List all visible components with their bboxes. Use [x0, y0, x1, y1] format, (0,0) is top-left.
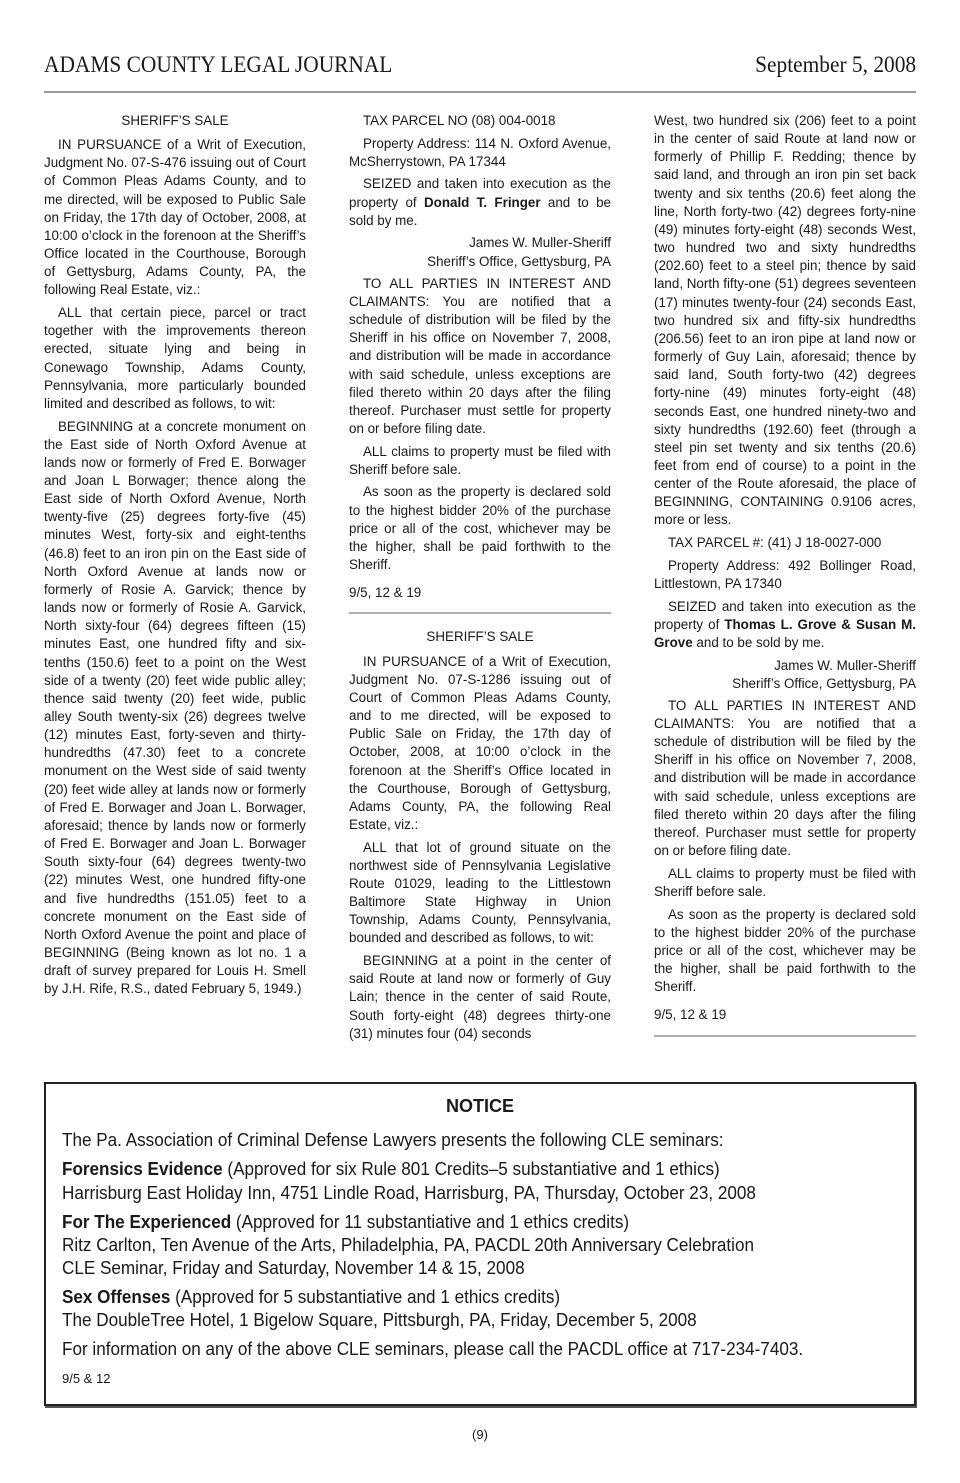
sale1-bidder: As soon as the property is declared sold… [349, 483, 611, 574]
sale2-intro: IN PURSUANCE of a Writ of Execu­tion, Ju… [349, 653, 611, 835]
notice-run-dates: 9/5 & 12 [62, 1371, 110, 1386]
seminar-approval: (Approved for six Rule 801 Credits–5 sub… [223, 1159, 720, 1179]
sale1-tax-parcel: TAX PARCEL NO (08) 004-0018 [349, 112, 611, 130]
sale2-beginning-continued: West, two hundred six (206) feet to a po… [654, 112, 916, 530]
seminar-experienced: For The Experienced (Approved for 11 sub… [62, 1212, 629, 1233]
seminar-name: Sex Offenses [62, 1287, 170, 1307]
seminar-name: For The Experienced [62, 1212, 231, 1232]
sheriff-name: James W. Muller-Sheriff [654, 657, 916, 675]
seminar-sex-offenses: Sex Offenses (Approved for 5 substantiat… [62, 1287, 560, 1308]
notice-contact: For information on any of the above CLE … [62, 1339, 803, 1360]
column-2: TAX PARCEL NO (08) 004-0018 Property Add… [349, 112, 611, 1047]
sheriff-name: James W. Muller-Sheriff [349, 234, 611, 252]
page-number: (9) [0, 1427, 960, 1442]
seminar-approval: (Approved for 11 substantiative and 1 et… [231, 1212, 629, 1232]
seminar-approval: (Approved for 5 substantiative and 1 eth… [170, 1287, 560, 1307]
seized-text-end: and to be sold by me. [693, 635, 825, 650]
sheriff-office: Sheriff’s Office, Gettysburg, PA [654, 675, 916, 693]
sale1-claims: ALL claims to property must be filed wit… [349, 443, 611, 479]
seminar-location: Ritz Carlton, Ten Avenue of the Arts, Ph… [62, 1235, 754, 1256]
header-divider [44, 91, 916, 93]
sale2-property-address: Property Address: 492 Bollinger Road, Li… [654, 557, 916, 593]
notice-intro: The Pa. Association of Criminal Defense … [62, 1130, 724, 1151]
seminar-location-continued: CLE Seminar, Friday and Saturday, Novemb… [62, 1258, 525, 1279]
sale1-property-address: Property Address: 114 N. Oxford Avenue, … [349, 135, 611, 171]
section-divider [654, 1035, 916, 1037]
seminar-location: The DoubleTree Hotel, 1 Bigelow Square, … [62, 1310, 697, 1331]
journal-title: ADAMS COUNTY LEGAL JOURNAL [44, 52, 392, 78]
section-divider [349, 612, 611, 614]
seminar-name: Forensics Evidence [62, 1159, 223, 1179]
property-owner: Donald T. Fringer [424, 195, 541, 210]
issue-date: September 5, 2008 [755, 52, 916, 78]
sale2-parties-notice: TO ALL PARTIES IN INTEREST AND CLAIMANTS… [654, 697, 916, 860]
sale2-beginning: BEGINNING at a point in the center of sa… [349, 952, 611, 1043]
sheriff-office: Sheriff’s Office, Gettysburg, PA [349, 253, 611, 271]
sale2-bidder: As soon as the property is declared sold… [654, 906, 916, 997]
notice-title: NOTICE [46, 1096, 914, 1117]
cle-notice-box: NOTICE The Pa. Association of Criminal D… [44, 1082, 916, 1406]
sale1-tract: ALL that certain piece, parcel or tract … [44, 304, 306, 413]
journal-header: ADAMS COUNTY LEGAL JOURNAL September 5, … [44, 52, 916, 84]
sale2-seized: SEIZED and taken into execution as the p… [654, 598, 916, 652]
column-3: West, two hundred six (206) feet to a po… [654, 112, 916, 1051]
seminar-location: Harrisburg East Holiday Inn, 4751 Lindle… [62, 1183, 756, 1204]
seminar-forensics: Forensics Evidence (Approved for six Rul… [62, 1159, 720, 1180]
sale1-seized: SEIZED and taken into execution as the p… [349, 175, 611, 229]
sale1-heading: SHERIFF’S SALE [44, 112, 306, 130]
sale1-parties-notice: TO ALL PARTIES IN INTEREST AND CLAIMANTS… [349, 275, 611, 438]
sale1-intro: IN PURSUANCE of a Writ of Execu­tion, Ju… [44, 136, 306, 299]
sale1-beginning: BEGINNING at a concrete monument on the … [44, 418, 306, 999]
sale2-run-dates: 9/5, 12 & 19 [654, 1006, 916, 1024]
sale2-claims: ALL claims to property must be filed wit… [654, 865, 916, 901]
sale1-run-dates: 9/5, 12 & 19 [349, 584, 611, 602]
sale2-tax-parcel: TAX PARCEL #: (41) J 18-0027-000 [654, 534, 916, 552]
sale2-heading: SHERIFF’S SALE [349, 628, 611, 646]
column-1: SHERIFF’S SALE IN PURSUANCE of a Writ of… [44, 112, 306, 1003]
sale2-tract: ALL that lot of ground situate on the no… [349, 839, 611, 948]
